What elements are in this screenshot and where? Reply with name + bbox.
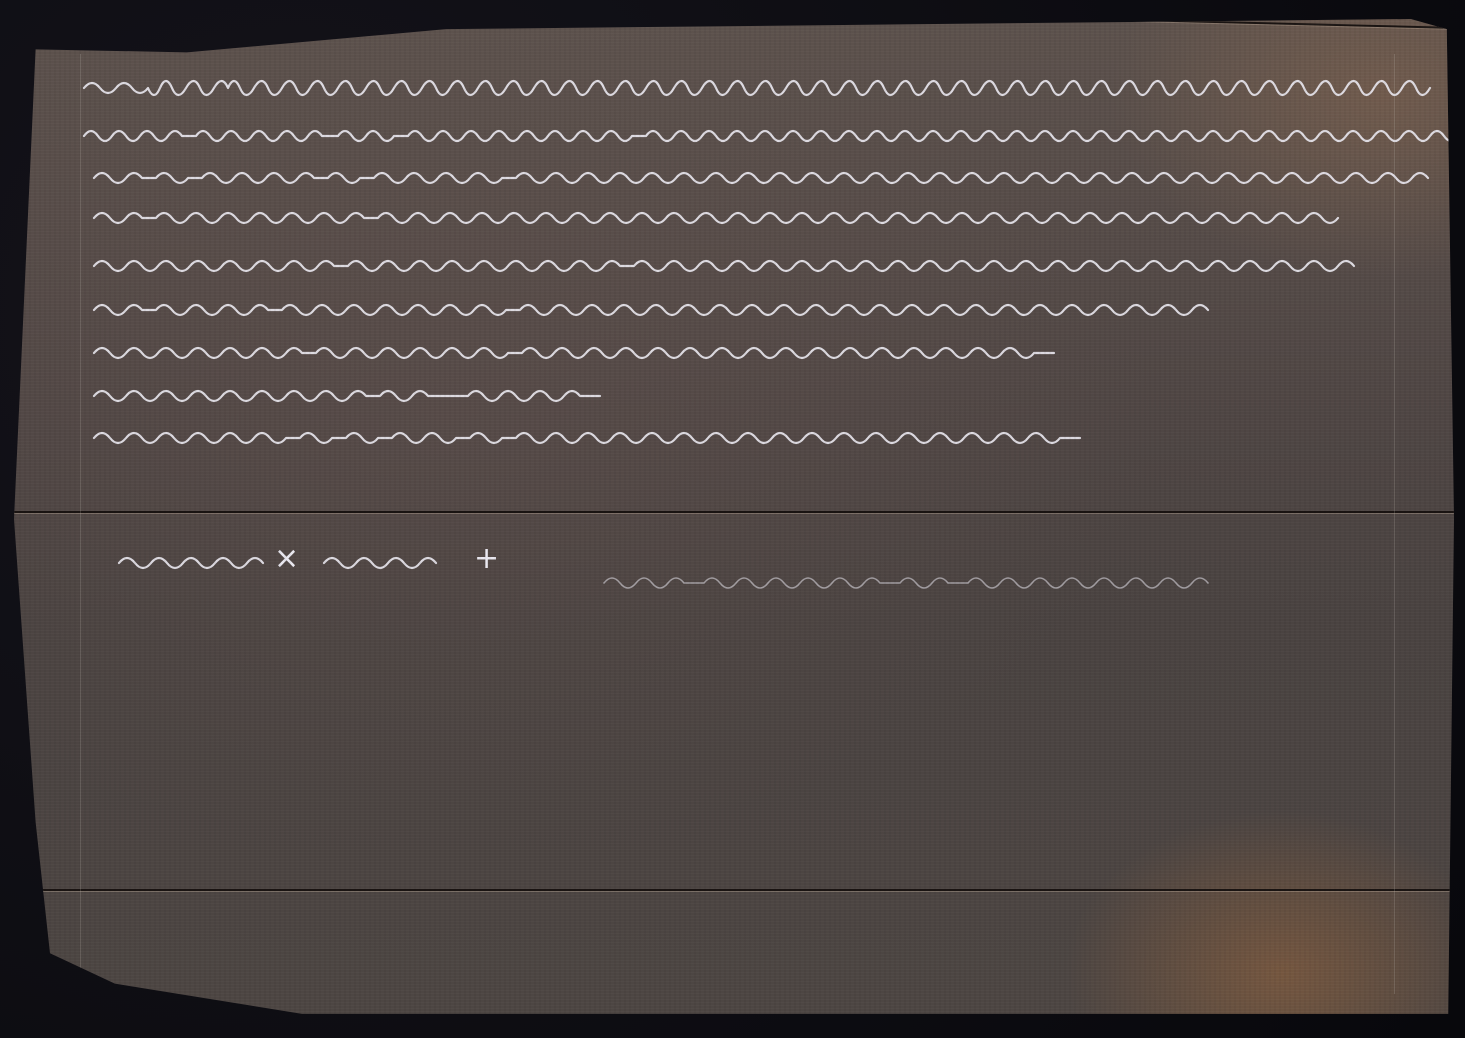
text-line: segment-2	[324, 549, 444, 575]
text-line: faint handwritten text	[604, 569, 1344, 595]
slate-tablet: full-width handwritten line full-width h…	[14, 14, 1454, 1024]
text-line: full-width handwritten line ending with …	[94, 164, 1374, 190]
lower-seam	[14, 889, 1454, 891]
text-line: segment-1	[119, 549, 269, 575]
margin-rule-left	[80, 54, 81, 994]
margin-rule-right	[1394, 54, 1395, 994]
text-line: full-width handwritten line	[94, 204, 1394, 230]
text-line: short line ending mid-panel	[94, 382, 854, 408]
text-line: full-width handwritten line	[84, 74, 1394, 100]
text-line: full-width handwritten line	[94, 252, 1394, 278]
text-line: partial line ending mid-panel	[94, 339, 1214, 365]
text-line: full-width handwritten line with dashes	[84, 122, 1404, 148]
text-line: full-width handwritten line ending with …	[94, 424, 1334, 450]
text-line: full-width handwritten line	[94, 296, 1394, 322]
upper-seam	[14, 511, 1454, 513]
cross-mark: ×	[274, 544, 299, 574]
plus-mark: +	[474, 544, 499, 574]
